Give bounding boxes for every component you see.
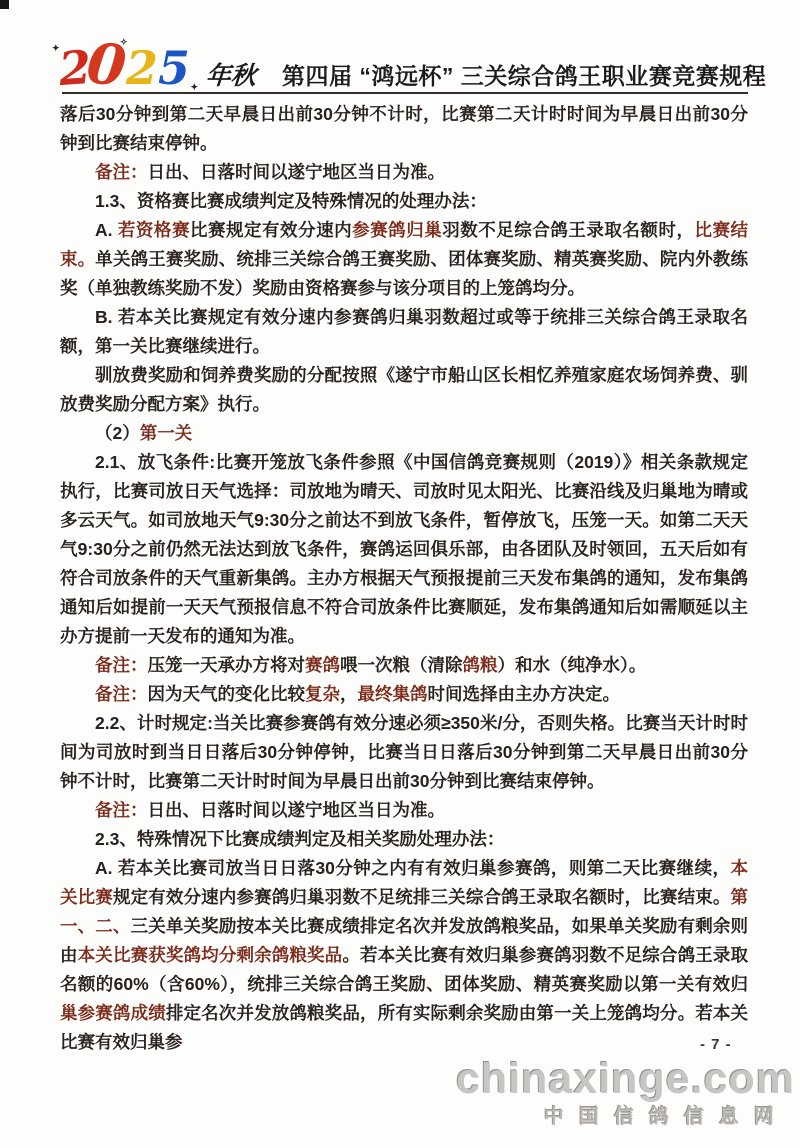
text-segment: 若资格赛 — [118, 220, 190, 240]
text-segment: 备注： — [95, 800, 148, 820]
text-segment: 落后30分钟到第二天早晨日出前30分钟不计时，比赛第二天计时时间为早晨日出前30… — [60, 104, 748, 153]
logo-digit: 5 — [158, 45, 190, 91]
text-segment: 参赛鸽归巢 — [352, 220, 442, 240]
site-watermark: chinaxinge.com 中国信鸽信息网 — [456, 1056, 795, 1129]
document-body: 落后30分钟到第二天早晨日出前30分钟不计时，比赛第二天计时时间为早晨日出前30… — [60, 100, 748, 1057]
text-segment: 驯放费奖励和饲养费奖励的分配按照《遂宁市船山区长相忆养殖家庭农场饲养费、驯放费奖… — [60, 365, 748, 414]
text-segment: ）和水（纯净水）。 — [498, 655, 647, 675]
text-segment: 日出、日落时间以遂宁地区当日为准。 — [148, 162, 446, 182]
paragraph: 1.3、资格赛比赛成绩判定及特殊情况的处理办法： — [60, 187, 748, 216]
text-segment: 备注： — [95, 655, 148, 675]
text-segment: 时间选择由主办方决定。 — [428, 684, 621, 704]
text-segment: 日出、日落时间以遂宁地区当日为准。 — [148, 800, 446, 820]
text-segment: A. 若本关比赛司放当日日落30分钟之内有有效归巢参赛鸽，则第二天比赛继续， — [95, 858, 731, 878]
logo-sparkle-icon: ✦ — [190, 83, 198, 93]
text-segment: 鸽粮 — [463, 655, 498, 675]
watermark-domain: chinaxinge.com — [456, 1056, 795, 1102]
logo-digit: 2 — [126, 45, 158, 91]
logo-digit: 0 — [85, 40, 129, 90]
text-segment: ， — [340, 684, 358, 704]
paragraph: 2.1、放飞条件:比赛开笼放飞条件参照《中国信鸽竞赛规则（2019）》相关条款规… — [60, 448, 748, 651]
text-segment: 比赛规定有效分速内 — [190, 220, 352, 240]
page-header: ✦ ✧ 2025✦ 年秋 第四届 “鸿远杯” 三关综合鸽王职业赛竞赛规程 — [62, 42, 748, 94]
text-segment: 规定有效分速内参赛鸽归巢羽数不足统排三关综合鸽王录取名额时，比赛结束。 — [113, 887, 731, 907]
header-season-label: 年秋 — [205, 56, 258, 92]
paragraph: B. 若本关比赛规定有效分速内参赛鸽归巢羽数超过或等于统排三关综合鸽王录取名额，… — [60, 303, 748, 361]
paragraph: 备注：日出、日落时间以遂宁地区当日为准。 — [60, 158, 748, 187]
paragraph: 备注：压笼一天承办方将对赛鸽喂一次粮（清除鸽粮）和水（纯净水）。 — [60, 651, 748, 680]
text-segment: 羽数不足综合鸽王录取名额时， — [442, 220, 694, 240]
text-segment: 本关比赛获奖鸽均分剩余鸽粮奖品 — [78, 945, 343, 965]
watermark-site-name: 中国信鸽信息网 — [456, 1105, 795, 1129]
text-segment: （2） — [95, 423, 140, 443]
paragraph: A. 若资格赛比赛规定有效分速内参赛鸽归巢羽数不足综合鸽王录取名额时，比赛结束。… — [60, 216, 748, 303]
text-segment: 2.3、特殊情况下比赛成绩判定及相关奖励处理办法： — [95, 829, 504, 849]
paragraph: 2.3、特殊情况下比赛成绩判定及相关奖励处理办法： — [60, 825, 748, 854]
text-segment: 2.1、放飞条件:比赛开笼放飞条件参照《中国信鸽竞赛规则（2019）》相关条款规… — [60, 452, 748, 646]
text-segment: B. 若本关比赛规定有效分速内参赛鸽归巢羽数超过或等于统排三关综合鸽王录取名额，… — [60, 307, 748, 356]
paragraph: 备注：因为天气的变化比较复杂，最终集鸽时间选择由主办方决定。 — [60, 680, 748, 709]
paragraph: A. 若本关比赛司放当日日落30分钟之内有有效归巢参赛鸽，则第二天比赛继续，本关… — [60, 854, 748, 1057]
page-title: 第四届 “鸿远杯” 三关综合鸽王职业赛竞赛规程 — [282, 58, 766, 91]
paragraph: （2）第一关 — [60, 419, 748, 448]
text-segment: 压笼一天承办方将对 — [148, 655, 306, 675]
document-page: ✦ ✧ 2025✦ 年秋 第四届 “鸿远杯” 三关综合鸽王职业赛竞赛规程 落后3… — [0, 0, 800, 1148]
text-segment: 喂一次粮（清除 — [340, 655, 463, 675]
text-segment: 巢参赛鸽成绩 — [60, 1003, 166, 1023]
text-segment: 2.2、计时规定:当关比赛参赛鸽有效分速必须≥350米/分，否则失格。比赛当天计… — [60, 713, 748, 791]
text-segment: 复杂 — [305, 684, 340, 704]
text-segment: 赛鸽 — [305, 655, 340, 675]
text-segment: 1.3、资格赛比赛成绩判定及特殊情况的处理办法： — [95, 191, 487, 211]
scan-corner-mark — [0, 0, 9, 9]
paragraph: 驯放费奖励和饲养费奖励的分配按照《遂宁市船山区长相忆养殖家庭农场饲养费、驯放费奖… — [60, 361, 748, 419]
text-segment: A. — [95, 220, 118, 240]
text-segment: 备注： — [95, 162, 148, 182]
paragraph: 2.2、计时规定:当关比赛参赛鸽有效分速必须≥350米/分，否则失格。比赛当天计… — [60, 709, 748, 796]
text-segment: 最终集鸽 — [358, 684, 428, 704]
text-segment: 因为天气的变化比较 — [148, 684, 306, 704]
page-number: - 7 - — [700, 1036, 732, 1053]
text-segment: 单关鸽王赛奖励、统排三关综合鸽王赛奖励、团体赛奖励、精英赛奖励、院内外教练奖（单… — [60, 249, 748, 298]
text-segment: 备注： — [95, 684, 148, 704]
paragraph: 备注：日出、日落时间以遂宁地区当日为准。 — [60, 796, 748, 825]
text-segment: 第一关 — [140, 423, 193, 443]
paragraph: 落后30分钟到第二天早晨日出前30分钟不计时，比赛第二天计时时间为早晨日出前30… — [60, 100, 748, 158]
year-2025-logo: ✦ ✧ 2025✦ — [62, 42, 190, 91]
